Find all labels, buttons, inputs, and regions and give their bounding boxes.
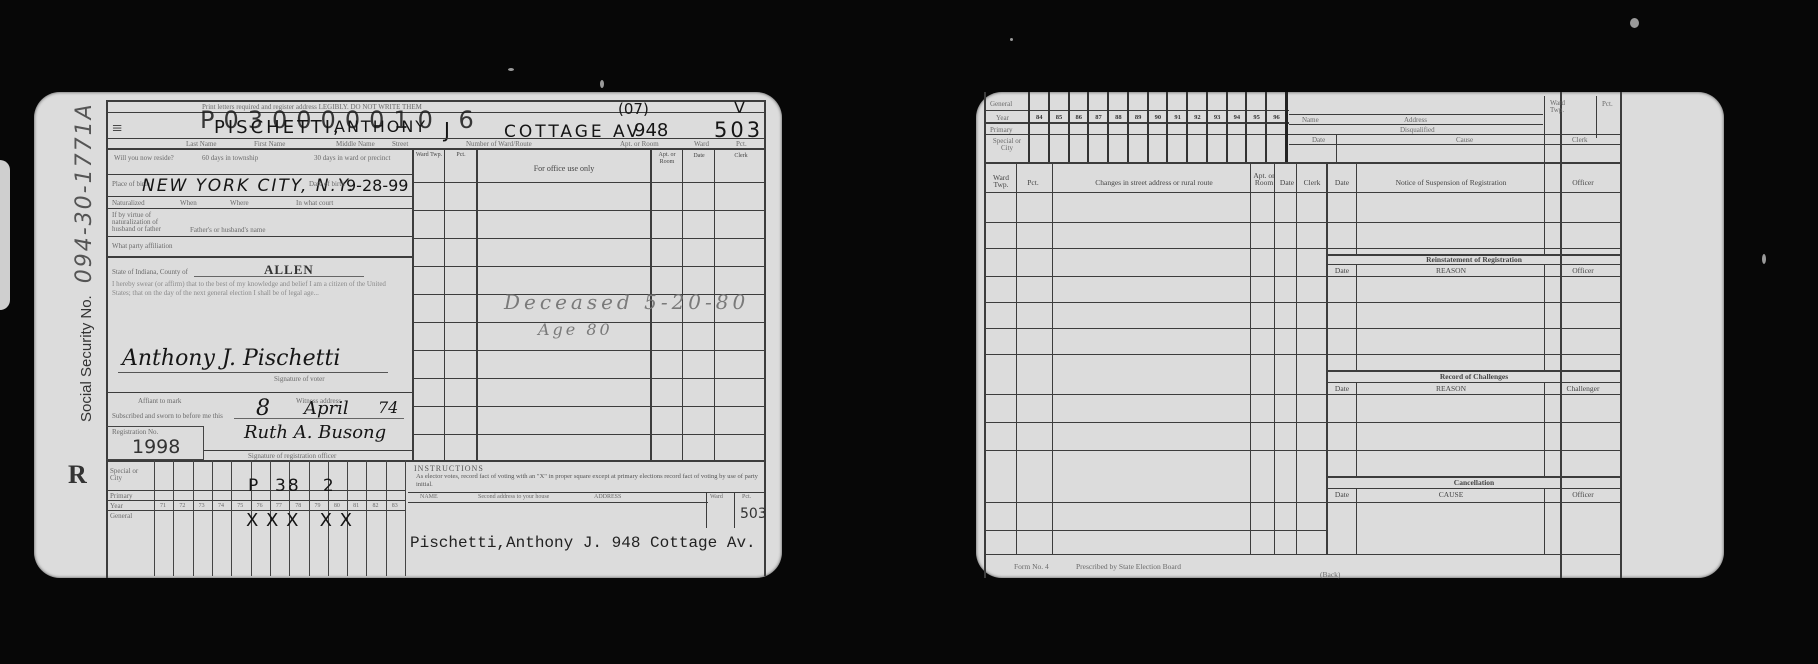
label-pct: Pct. [736,140,747,148]
label-party: What party affiliation [112,242,173,250]
reinstatement-hdr-reason: REASON [1358,266,1544,275]
back-form-frame [984,92,1562,578]
changes-hdr-clerk: Clerk [1298,178,1326,187]
label-when: When [180,199,197,207]
registration-no: 1998 [132,436,180,458]
film-speck [1762,254,1766,264]
reinstatement-hdr-date: Date [1328,266,1356,275]
cancellation-title: Cancellation [1328,478,1620,487]
year-col: 96 [1265,92,1288,162]
changes-hdr-ward: Ward Twp. [986,174,1016,188]
year-col: 84 [1028,92,1048,162]
suspension-hdr-date: Date [1328,178,1356,187]
back-label: (Back) [1320,570,1340,579]
label-first-name: First Name [254,140,285,148]
cancellation-hdr-date: Date [1328,490,1356,499]
film-speck [600,80,604,88]
office-hdr-title: For office use only [478,164,650,173]
office-hdr-pct: Pct. [446,152,476,158]
label-street: Street [392,140,408,148]
challenges-hdr-challenger: Challenger [1546,384,1620,393]
label-voter-signature: Signature of voter [274,375,325,383]
label-address: Address [1404,116,1427,124]
instructions-text: As elector votes, record fact of voting … [416,473,761,489]
ssn-label: Social Security No. [78,295,95,422]
deceased-age: Age 80 [538,320,613,339]
label-ward-twp: Ward Twp. [1550,100,1574,114]
challenges-hdr-date: Date [1328,384,1356,393]
label-subscribed: Subscribed and sworn to before me this [112,412,223,420]
office-hdr-apt: Apt. or Room [652,152,682,166]
label-clerk: Clerk [1572,136,1588,144]
voter-signature: Anthony J. Pischetti [122,346,340,371]
ssn-value: 094-30-1771A [72,102,97,283]
challenges-hdr-reason: REASON [1358,384,1544,393]
officer-signature: Ruth A. Busong [244,422,386,443]
year-col: 93 [1206,92,1226,162]
label-ward: Ward [694,140,709,148]
sworn-month: April [304,398,349,419]
label-date: Date [1312,136,1325,144]
year-col: 91 [1166,92,1186,162]
vote-row-special: Special or City [110,468,150,482]
year-col: 73 [193,460,212,576]
year-col: 90 [1147,92,1167,162]
year-col: 89 [1127,92,1147,162]
vote-row-general: General [110,512,132,520]
cancellation-hdr-cause: CAUSE [1358,490,1544,499]
label-registration-no: Registration No. [112,428,158,436]
r-letter: R [68,460,87,490]
year-col: 94 [1226,92,1246,162]
film-speck [508,68,514,71]
year-col: 71 [154,460,173,576]
label-father-name: Father's or husband's name [190,226,265,234]
label-where: Where [230,199,249,207]
bottom-pct-label: Pct. [742,494,751,500]
back-row-year: Year [996,114,1009,122]
year-col: 87 [1087,92,1107,162]
instructions-title: INSTRUCTIONS [414,464,484,473]
label-reside: Will you now reside? [114,154,174,162]
changes-hdr-apt: Apt. or Room [1252,172,1276,186]
label-birth-date: Date of birth [309,180,345,188]
registration-card-back: General Year Primary Special or City 84 … [976,92,1724,578]
year-col: 85 [1048,92,1068,162]
suspension-hdr-officer: Officer [1546,178,1620,187]
bottom-ward-label: Ward [710,494,723,500]
label-60-days: 60 days in township [202,154,258,162]
office-hdr-ward: Ward Twp. [414,152,444,158]
label-oath-county: State of Indiana, County of [112,268,188,276]
office-hdr-date: Date [684,153,714,159]
film-speck [1010,38,1013,41]
back-row-general: General [990,100,1012,108]
deceased-note: Deceased 5-20-80 [504,290,749,314]
label-affiant: Affiant to mark [138,397,181,405]
form-number: Form No. 4 [1014,562,1049,571]
label-middle-name: Middle Name [336,140,375,148]
last-name: PISCHETTI, [214,117,342,138]
year-col: 95 [1245,92,1265,162]
apt-note: (07) [618,100,649,118]
year-col: 82 [366,460,385,576]
ward-marker-icon: ≡ [112,118,122,139]
challenges-title: Record of Challenges [1328,372,1620,381]
vote-row-year: Year [110,502,123,510]
typed-name-address: Pischetti,Anthony J. 948 Cottage Av. [410,534,756,552]
registration-card-front: Social Security No. 094-30-1771A R Print… [34,92,782,578]
label-court: In what court [296,199,333,207]
ssn-vertical: Social Security No. 094-30-1771A [72,102,97,422]
cancellation-hdr-officer: Officer [1546,490,1620,499]
suspension-hdr-title: Notice of Suspension of Registration [1358,178,1544,187]
back-year-grid: 84 85 86 87 88 89 90 91 92 93 94 95 96 [1028,92,1288,162]
year-col: 74 [212,460,231,576]
label-last-name: Last Name [186,140,217,148]
year-col: 72 [173,460,192,576]
back-row-special: Special or City [992,138,1022,152]
label-officer-signature: Signature of registration officer [248,452,336,460]
office-hdr-clerk: Clerk [716,153,766,159]
instr-sub-second: Second address to your house [478,494,549,500]
sworn-year: 74 [378,398,398,417]
film-edge-left [0,160,10,310]
oath-text: I hereby swear (or affirm) that to the b… [112,280,404,298]
label-name: Name [1302,116,1319,124]
label-30-days: 30 days in ward or precinct [314,154,390,162]
primary-marks: P 38 2 [248,476,336,496]
label-cause: Cause [1456,136,1473,144]
year-col: 86 [1068,92,1088,162]
label-apt: Apt. or Room [620,140,659,148]
first-name: ANTHONY [334,117,427,136]
instr-sub-name: NAME [420,494,438,500]
street-name: COTTAGE AV [504,122,641,142]
instr-sub-address: ADDRESS [594,494,621,500]
label-pct: Pct. [1602,100,1613,108]
reinstatement-title: Reinstatement of Registration [1328,255,1620,264]
year-col: 83 [386,460,406,576]
back-row-primary: Primary [990,126,1013,134]
bottom-ward: 503 [740,506,767,522]
label-naturalized: Naturalized [112,199,145,207]
prescribed-by: Prescribed by State Election Board [1076,562,1181,571]
label-disqualified: Disqualified [1400,126,1435,134]
vote-row-primary: Primary [110,492,133,500]
changes-hdr-date: Date [1276,178,1298,187]
year-col: 92 [1186,92,1206,162]
changes-hdr-title: Changes in street address or rural route [1056,178,1252,187]
changes-hdr-pct: Pct. [1018,178,1048,187]
birth-date: 9-28-99 [346,176,408,195]
general-marks: X X X X X [246,510,353,531]
label-husband: If by virtue of naturalization of husban… [112,212,182,233]
label-ward-route: Number of Ward/Route [466,140,532,148]
year-col: 88 [1107,92,1127,162]
check-mark: V [734,98,745,117]
film-speck [1630,18,1639,28]
reinstatement-hdr-officer: Officer [1546,266,1620,275]
